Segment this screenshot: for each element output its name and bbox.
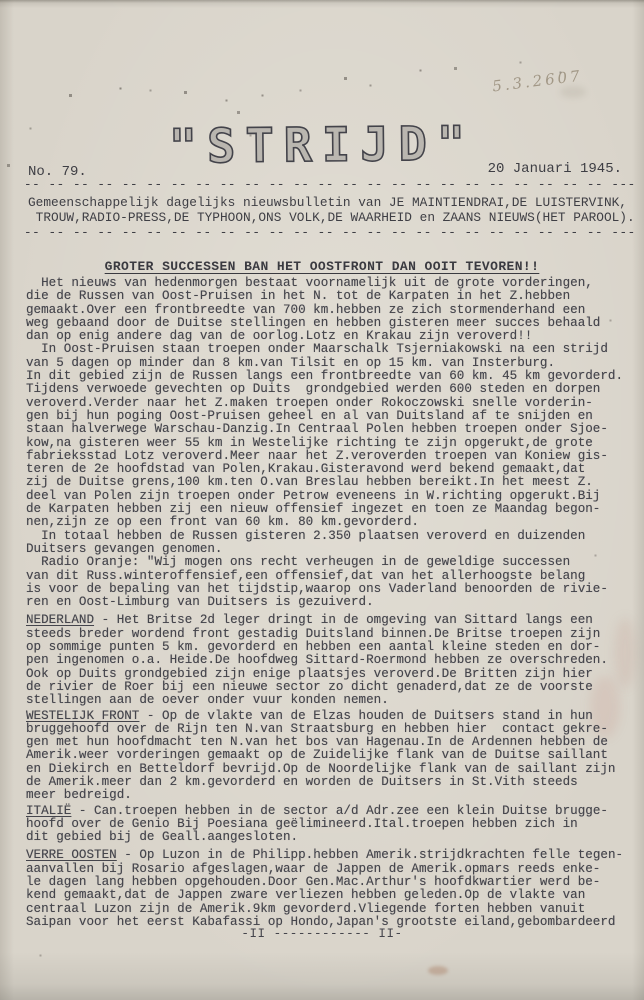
text-line: Het nieuws van hedenmorgen bestaat voorn…: [26, 277, 632, 290]
text-line: In Oost-Pruisen staan troepen onder Maar…: [26, 343, 632, 356]
section-label: VERRE OOSTEN: [26, 848, 117, 862]
text-line: gen bij hun poging Oost-Pruisen geheel e…: [26, 410, 632, 423]
section-label: NEDERLAND: [26, 613, 94, 627]
section-paragraph: WESTELIJK FRONT - Op de vlakte van de El…: [26, 710, 632, 803]
text-line: centraal Luzon zijn de Amerik.9km gevord…: [26, 903, 632, 916]
text-line: VERRE OOSTEN - Op Luzon in de Philipp.he…: [26, 849, 632, 862]
masthead-publishers-line1: Gemeenschappelijk dagelijks nieuwsbullet…: [28, 195, 627, 210]
dashed-divider-bottom: -- -- -- -- -- -- -- -- -- -- -- -- -- -…: [24, 226, 636, 240]
section-paragraph: ITALIË - Can.troepen hebben in de sector…: [26, 805, 632, 845]
text-line: zij de Duitse grens,100 km.ten O.van Bre…: [26, 476, 632, 489]
text-line: ITALIË - Can.troepen hebben in de sector…: [26, 805, 632, 818]
text-line: stellingen aan de oever onder vuur konde…: [26, 694, 632, 707]
text-line: de rivier de Roer bij een nieuwe sector …: [26, 681, 632, 694]
text-line: ren en Oost-Limburg van Duitsers is gezu…: [26, 596, 632, 609]
text-line: kend gemaakt,dat de Jappen zware verliez…: [26, 889, 632, 902]
text-line: kow,na gisteren weer 55 km in Westelijke…: [26, 437, 632, 450]
paper-stain: [560, 86, 586, 98]
text-line: bruggehoofd over de Rijn ten N.van Straa…: [26, 723, 632, 736]
body-text: Het nieuws van hedenmorgen bestaat voorn…: [26, 277, 632, 929]
text-line: van dit Russ.winteroffensief,een offensi…: [26, 570, 632, 583]
text-line: staan halverwege Warschau-Danzig.In Cent…: [26, 423, 632, 436]
dashed-divider-top: -- -- -- -- -- -- -- -- -- -- -- -- -- -…: [24, 178, 636, 192]
text-line: le dagen lang hebben opgehouden.Door Gen…: [26, 876, 632, 889]
section-label: ITALIË: [26, 804, 71, 818]
paper-stain: [428, 966, 448, 975]
text-line: Amerik.weer vorderingen gemaakt op de Zu…: [26, 749, 632, 762]
text-line: is voor de bepaling van het tijdstip,waa…: [26, 583, 632, 596]
page-footer-mark: -II ------------ II-: [0, 927, 644, 941]
text-line: en Diekirch en Betteldorf bevrijd.Op de …: [26, 763, 632, 776]
pencil-annotation: 5.3.2607: [491, 67, 583, 96]
section-paragraph: VERRE OOSTEN - Op Luzon in de Philipp.he…: [26, 849, 632, 929]
section-label: WESTELIJK FRONT: [26, 709, 139, 723]
text-line: WESTELIJK FRONT - Op de vlakte van de El…: [26, 710, 632, 723]
masthead-publishers-line2: TROUW,RADIO-PRESS,DE TYPHOON,ONS VOLK,DE…: [28, 210, 635, 225]
section-paragraph: NEDERLAND - Het Britse 2d leger dringt i…: [26, 614, 632, 707]
text-line: de Karpaten hebben zij een nieuw offensi…: [26, 503, 632, 516]
headline: GROTER SUCCESSEN BAN HET OOSTFRONT DAN O…: [0, 259, 644, 274]
text-line: steeds breder wordend front gestadig Dui…: [26, 628, 632, 641]
paragraph: Het nieuws van hedenmorgen bestaat voorn…: [26, 277, 632, 343]
text-line: In dit gebied zijn de Russen langs een f…: [26, 370, 632, 383]
text-line: op sommige punten 5 km. gevorderd en heb…: [26, 641, 632, 654]
scanned-bulletin-page: { "colors": { "paper": "#d9d4ca", "ink":…: [0, 0, 644, 1000]
text-line: pen ingenomen o.a. Heide.De hoofdweg Sit…: [26, 654, 632, 667]
paragraph: In totaal hebben de Russen gisteren 2.35…: [26, 530, 632, 557]
text-line: gemaakt.Over een frontbreedte van 700 km…: [26, 304, 632, 317]
paragraph: Radio Oranje: "Wij mogen ons recht verhe…: [26, 556, 632, 609]
document-sheet: 5.3.2607 "STRIJD" No. 79. 20 Januari 194…: [0, 0, 644, 1000]
text-line: meer bedreigd.: [26, 789, 632, 802]
text-line: aanvallen bij Rosario afgeslagen,waar de…: [26, 863, 632, 876]
text-line: van 5 dagen op minder dan 8 km.van Tilsi…: [26, 357, 632, 370]
text-line: de Amerik.meer dan 2 km.gevorderd en wor…: [26, 776, 632, 789]
paper-speckles: [0, 0, 1, 1]
text-line: fabrieksstad Lotz veroverd.Meer naar het…: [26, 450, 632, 463]
text-line: deel van Polen zijn troepen onder Petrow…: [26, 490, 632, 503]
text-line: teren de 2e hoofdstad van Polen,Krakau.G…: [26, 463, 632, 476]
text-line: dan op enig andere dag van de oorlog.Lot…: [26, 330, 632, 343]
text-line: gen met hun hoofdmacht ten N.van het bos…: [26, 736, 632, 749]
text-line: veroverd.Verder naar het Z.maken troepen…: [26, 397, 632, 410]
text-line: nen,zijn ze op een front van 60 km. 80 k…: [26, 516, 632, 529]
text-line: dit gebied bij de Geall.aangesloten.: [26, 831, 632, 844]
text-line: hoofd over de Genio Bij Poesiana geëlimi…: [26, 818, 632, 831]
text-line: die de Russen van Oost-Pruisen in het N.…: [26, 290, 632, 303]
text-line: Tijdens verwoede gevechten op Duits gron…: [26, 383, 632, 396]
text-line: In totaal hebben de Russen gisteren 2.35…: [26, 530, 632, 543]
text-line: NEDERLAND - Het Britse 2d leger dringt i…: [26, 614, 632, 627]
text-line: Radio Oranje: "Wij mogen ons recht verhe…: [26, 556, 632, 569]
text-line: Duitsers gevangen genomen.: [26, 543, 632, 556]
paragraph: In Oost-Pruisen staan troepen onder Maar…: [26, 343, 632, 529]
text-line: weg gebaand door de Duitse stellingen en…: [26, 317, 632, 330]
issue-date: 20 Januari 1945.: [488, 161, 622, 177]
text-line: Ook op Duits grondgebied zijn enige plaa…: [26, 668, 632, 681]
